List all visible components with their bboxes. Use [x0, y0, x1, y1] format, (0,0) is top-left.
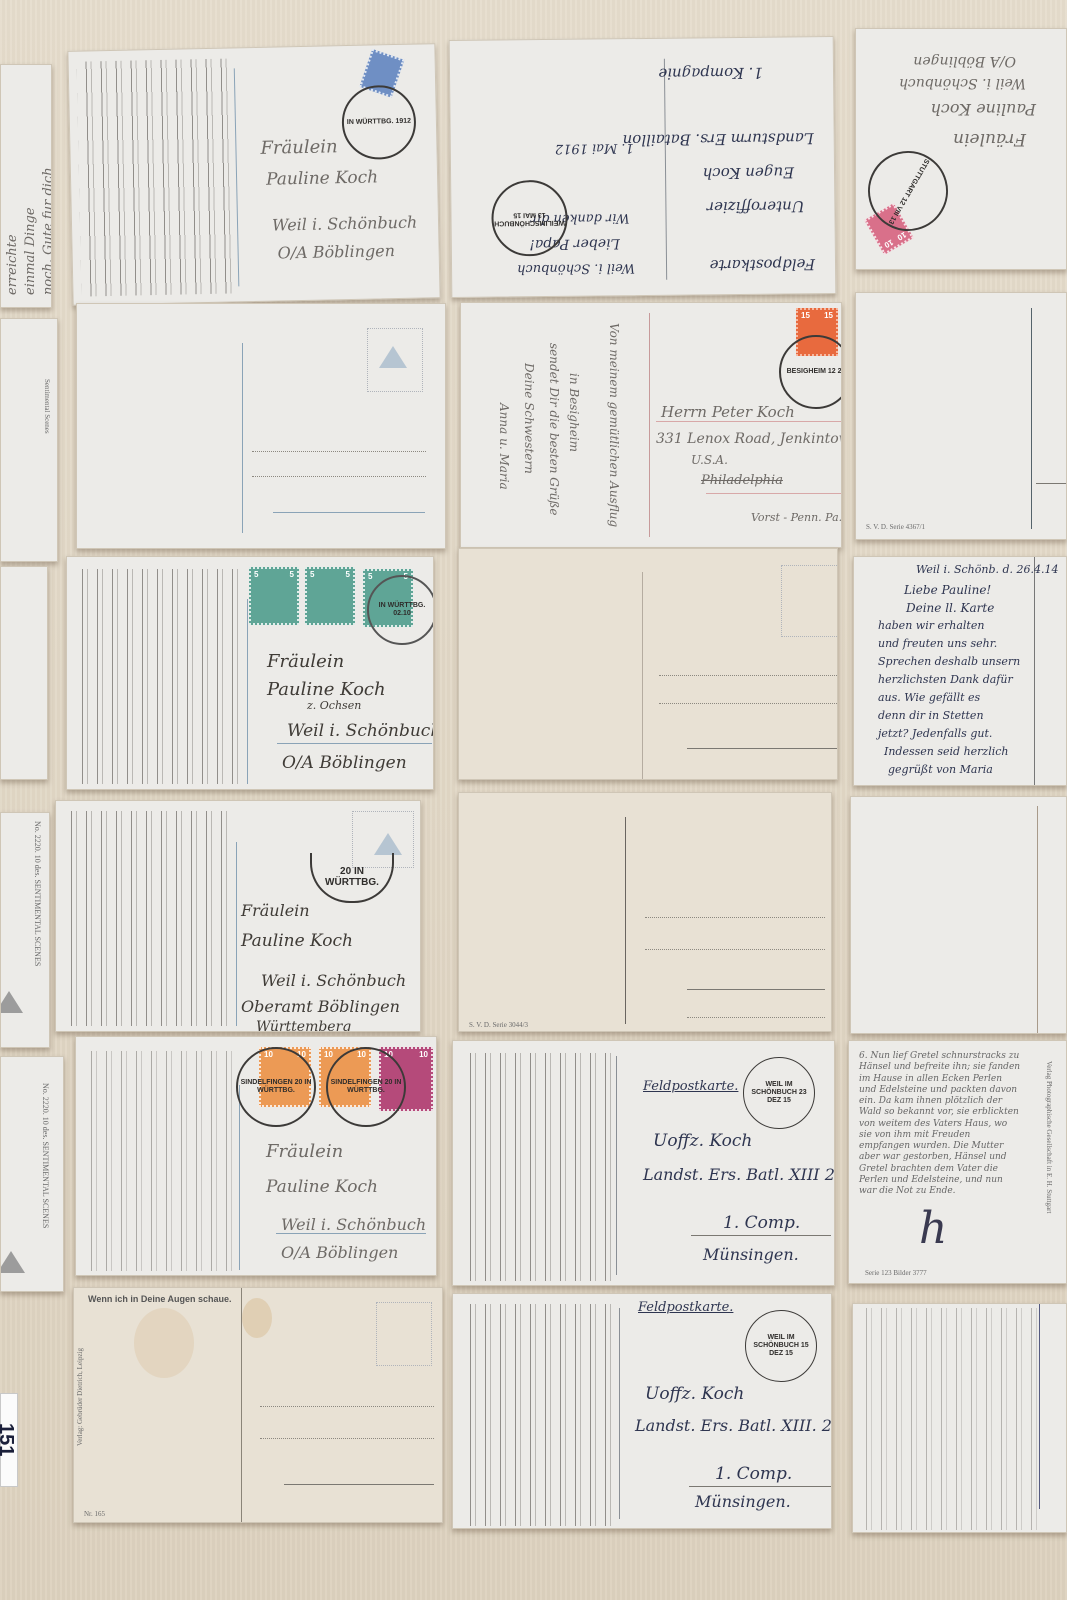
publisher-print: No. 2220. 10 des. SENTIMENTAL SCENES [41, 1083, 50, 1228]
address-line-guide [1036, 483, 1067, 484]
handwriting: noch. Gute fur dich [41, 167, 52, 295]
postmark: WEILIMSCHÖNBUCH 13 MAI 15 [491, 180, 568, 257]
message-line: Sprechen deshalb unsern [878, 655, 1020, 669]
address-line-guide [273, 512, 425, 513]
postmark: 20 IN WÜRTTBG. [310, 853, 394, 903]
address-line: 1. Kompagnie [658, 63, 763, 83]
publisher-logo-icon [374, 833, 402, 855]
message-line: Indessen seid herzlich [884, 745, 1009, 759]
message-line: Weil i. Schönb. d. 26.4.14 [916, 563, 1059, 577]
series-print: S. V. D. Serie 4367/1 [866, 523, 925, 531]
publisher-print: Verlag Photographische Gesellschaft in E… [1045, 1061, 1053, 1213]
address-line-guide [656, 421, 841, 422]
message-line: Deine ll. Karte [906, 601, 994, 616]
postmark: IN WÜRTTBG. 1912 [341, 85, 417, 161]
postcard-r4c3 [850, 796, 1067, 1034]
message-line: in Besigheim [566, 373, 581, 452]
address-line: Eugen Koch [703, 163, 795, 183]
address-line: Württemberg [256, 1019, 351, 1032]
address-line-guide [284, 1484, 434, 1485]
address-line: Fräulein [267, 651, 344, 674]
message-handwriting [62, 811, 232, 1026]
address-line-guide [687, 748, 837, 749]
postcard-r5c1: 1010 1010 1010 SINDELFINGEN 20 IN WÜRTTB… [75, 1036, 437, 1276]
address-line: Pauline Koch [266, 167, 378, 191]
address-line-guide [260, 1406, 434, 1407]
address-line-guide [260, 1438, 434, 1439]
address-line: Fräulein [241, 901, 310, 921]
address-line: Münsingen. [703, 1245, 799, 1265]
message-handwriting [461, 1053, 611, 1281]
postcard-r6c3 [852, 1303, 1067, 1533]
address-line: Pauline Koch [266, 1177, 378, 1198]
address-line: z. Ochsen [307, 699, 361, 713]
card-divider [1039, 1304, 1040, 1509]
message-line: Von meinem gemütlichen Ausflug [606, 323, 621, 527]
postmark: SINDELFINGEN 20 IN WÜRTTBG. [236, 1047, 316, 1127]
message-line: Weil i. Schönbuch [517, 259, 635, 276]
postmark: IN WÜRTTBG. 02.10 [367, 575, 434, 645]
address-line: 1. Comp. [715, 1464, 792, 1485]
card-divider [239, 1085, 240, 1271]
postcard-r2c2: Von meinem gemütlichen Ausflug in Besigh… [460, 302, 842, 548]
stamp-box [376, 1302, 432, 1366]
card-divider [247, 599, 248, 785]
postcard-r4c2: S. V. D. Serie 3044/3 [458, 792, 832, 1032]
postcard-r4c1: 20 IN WÜRTTBG. Fräulein Pauline Koch Wei… [55, 800, 421, 1032]
address-line: O/A Böblingen [282, 753, 407, 774]
address-line: Philadelphia [701, 473, 783, 489]
postcard-r4c0: No. 2220. 10 des. SENTIMENTAL SCENES [0, 812, 50, 1048]
address-line: Weil i. Schönbuch [899, 74, 1026, 92]
card-divider [1034, 557, 1035, 785]
message-handwriting [73, 569, 243, 784]
address-line: Fräulein [260, 136, 338, 160]
stain [134, 1308, 194, 1378]
address-line: Fräulein [266, 1141, 343, 1164]
card-number-print: Nr. 165 [84, 1510, 105, 1518]
address-line-guide [276, 1233, 426, 1234]
address-line: Feldpostkarte. [643, 1079, 738, 1095]
postmark: WEIL IM SCHÖNBUCH 23 DEZ 15 [743, 1057, 815, 1129]
postmark: WEIL IM SCHÖNBUCH 15 DEZ 15 [745, 1310, 817, 1382]
address-line-guide [252, 451, 426, 452]
series-print: Serie 123 Bilder 3777 [865, 1269, 927, 1277]
card-divider [242, 343, 243, 533]
address-line: U.S.A. [691, 453, 728, 468]
message-handwriting [461, 1304, 611, 1526]
address-line-guide [687, 1017, 825, 1018]
address-line: 1. Comp. [723, 1213, 800, 1234]
publisher-print: Verlag: Gebrüder Dietrich, Leipzig [76, 1348, 84, 1446]
message-line: Deine Schwestern [521, 363, 536, 474]
decorative-figure-icon [0, 1251, 25, 1273]
address-line-guide [659, 675, 837, 676]
postmark: BESIGHEIM 12 29 [779, 335, 842, 409]
publisher-print: Sentimental Scenes [43, 379, 51, 434]
postcard-r5c0: No. 2220. 10 des. SENTIMENTAL SCENES [0, 1056, 64, 1292]
address-line: Unteroffizier [707, 197, 805, 217]
postcard-r6c2: WEIL IM SCHÖNBUCH 15 DEZ 15 Feldpostkart… [452, 1293, 832, 1529]
address-line-guide [277, 743, 432, 744]
address-line: O/A Böblingen [277, 241, 395, 263]
publisher-print: No. 2220. 10 des. SENTIMENTAL SCENES [33, 821, 42, 966]
message-line: herzlichsten Dank dafür [878, 673, 1013, 687]
handwritten-mark: h [919, 1201, 947, 1256]
address-line: Weil i. Schönbuch [261, 971, 406, 991]
message-handwriting [82, 1051, 232, 1271]
card-divider [1037, 806, 1038, 1033]
postcard-r1c0: erreichte einmal Dinge noch. Gute fur di… [0, 64, 52, 308]
address-line: Feldpostkarte [710, 254, 816, 274]
postcard-r1c2: Feldpostkarte Unteroffizier Eugen Koch L… [449, 36, 837, 298]
message-line: Liebe Pauline! [904, 583, 991, 598]
card-title: Wenn ich in Deine Augen schaue. [88, 1294, 232, 1304]
address-line: Weil i. Schönbuch [281, 1215, 426, 1235]
address-line: Uoffz. Koch [645, 1384, 744, 1405]
address-line: 331 Lenox Road, Jenkintown [656, 431, 842, 449]
message-line: gegrüßt von Maria [888, 763, 993, 777]
card-divider [616, 1056, 617, 1276]
handwriting: einmal Dinge [23, 207, 39, 295]
handwriting: erreichte [5, 234, 21, 295]
postcard-r2c1 [76, 303, 446, 549]
postcard-r2c3: S. V. D. Serie 4367/1 [855, 292, 1067, 540]
address-line: Weil i. Schönbuch [272, 213, 418, 236]
message-line: sendet Dir die besten Grüße [546, 343, 561, 515]
series-print: S. V. D. Serie 3044/3 [469, 1021, 528, 1029]
address-line: Uoffz. Koch [653, 1131, 752, 1152]
story-text: 6. Nun lief Gretel schnurstracks zu Häns… [859, 1051, 1021, 1197]
stamp-box [781, 565, 838, 637]
address-line: Münsingen. [695, 1492, 791, 1512]
address-line: Landsturm Ers. Bataillon [623, 128, 814, 149]
postcard-r6c1: Wenn ich in Deine Augen schaue. Verlag: … [73, 1287, 443, 1523]
address-line: Landst. Ers. Batl. XIII. 27. [635, 1416, 832, 1436]
message-handwriting [77, 58, 237, 296]
message-line: Anna u. Maria [496, 403, 511, 490]
note: Vorst - Penn. Pa. [751, 511, 842, 525]
address-line: O/A Böblingen [913, 52, 1016, 70]
card-divider [625, 817, 626, 1024]
address-line-guide [706, 493, 841, 494]
address-line: Landst. Ers. Batl. XIII 27. [643, 1165, 835, 1185]
postcard-r3c2 [458, 548, 838, 780]
message-line: 1. Mai 1912 [555, 139, 634, 156]
stamp: 55 [249, 567, 299, 625]
postmark: SINDELFINGEN 20 IN WÜRTTBG. [326, 1047, 406, 1127]
message-line: haben wir erhalten [878, 619, 984, 633]
postcard-r5c2: WEIL IM SCHÖNBUCH 23 DEZ 15 Feldpostkart… [452, 1040, 835, 1286]
postcard-r5c3: 6. Nun lief Gretel schnurstracks zu Häns… [848, 1040, 1067, 1284]
message-line: jetzt? Jedenfalls gut. [878, 727, 992, 741]
address-line-guide [659, 703, 837, 704]
address-line: Oberamt Böblingen [241, 997, 400, 1017]
address-line: Herrn Peter Koch [661, 403, 795, 422]
address-line-guide [252, 476, 426, 477]
message-line: aus. Wie gefällt es [878, 691, 980, 705]
postcard-r1c1: IN WÜRTTBG. 1912 Fräulein Pauline Koch W… [67, 43, 440, 306]
postcard-r3c3: Weil i. Schönb. d. 26.4.14 Liebe Pauline… [853, 556, 1067, 786]
stamp: 55 [305, 567, 355, 625]
address-line-guide [645, 917, 825, 918]
card-divider [1031, 308, 1032, 529]
address-line-guide [645, 949, 825, 950]
message-line: und freuten uns sehr. [878, 637, 997, 651]
address-line-guide [689, 1486, 831, 1487]
message-handwriting [857, 1308, 1037, 1530]
address-line: Pauline Koch [931, 99, 1036, 119]
card-divider [236, 842, 237, 1026]
postcard-r3c1: 55 55 55 IN WÜRTTBG. 02.10 Fräulein Paul… [66, 556, 434, 790]
decorative-figure-icon [0, 991, 23, 1013]
card-divider [649, 313, 650, 538]
postcard-r3c0 [0, 566, 48, 780]
address-line: Feldpostkarte. [638, 1300, 733, 1316]
lot-number-tag: 151 [0, 1393, 18, 1487]
address-line: O/A Böblingen [281, 1243, 398, 1263]
address-line: Weil i. Schönbuch [287, 721, 434, 742]
card-divider [619, 1308, 620, 1519]
postcard-r1c3: Fräulein Pauline Koch Weil i. Schönbuch … [855, 28, 1067, 270]
publisher-logo-icon [379, 346, 407, 368]
message-line: denn dir in Stetten [878, 709, 984, 723]
postcard-r2c0: Sentimental Scenes [0, 318, 58, 562]
address-line: Pauline Koch [241, 931, 353, 952]
address-line-guide [691, 1235, 831, 1236]
stain [242, 1298, 272, 1338]
card-divider [642, 572, 643, 779]
address-line-guide [687, 989, 825, 990]
address-line: Fräulein [953, 128, 1026, 149]
